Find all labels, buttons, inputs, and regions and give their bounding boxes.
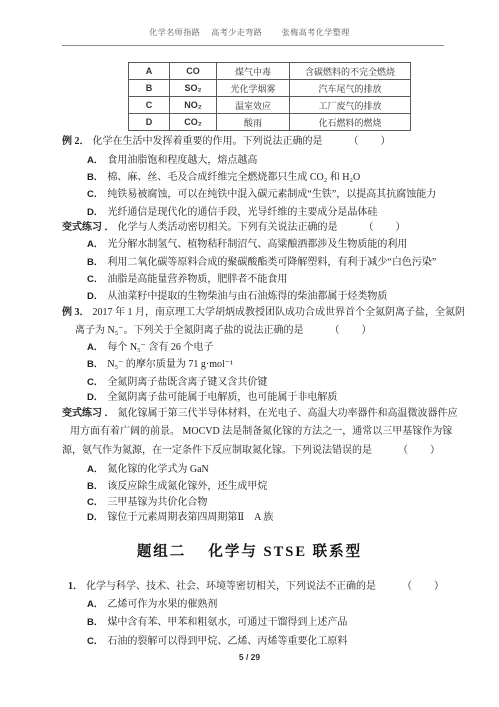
option-text: 氮化镓的化学式为 GaN xyxy=(107,464,208,475)
option-letter: C． xyxy=(87,636,103,647)
table-cell-formula: NO₂ xyxy=(170,97,217,114)
table-cell-letter: A xyxy=(129,63,170,80)
option-text: 全氮阴离子盐可能属于电解质，也可能属于非电解质 xyxy=(107,392,337,403)
example3-option-b: B．N₅⁻ 的摩尔质量为 71 g·mol⁻¹ xyxy=(87,359,233,371)
option-letter: C． xyxy=(87,497,103,508)
q1-option-c: C．石油的裂解可以得到甲烷、乙烯、丙烯等重要化工原料 xyxy=(87,636,347,648)
variant2-option-c: C．三甲基镓为共价化合物 xyxy=(87,497,207,509)
option-text: 光纤通信是现代化的通信手段，光导纤维的主要成分是晶体硅 xyxy=(107,207,377,218)
option-text: 全氮阴离子盐既含离子键又含共价键 xyxy=(107,377,267,388)
table-row: B SO₂ 光化学烟雾 汽车尾气的排放 xyxy=(129,80,411,97)
table-cell-cause: 工厂废气的排放 xyxy=(290,97,411,114)
variant2-label: 变式练习 ． xyxy=(62,408,115,419)
example2-option-a: A．食用油脂饱和程度越大，熔点越高 xyxy=(87,155,257,167)
q1-option-b: B．煤中含有苯、甲苯和粗氨水，可通过干馏得到上述产品 xyxy=(87,617,347,629)
option-letter: B． xyxy=(87,257,103,268)
header-divider xyxy=(62,45,444,46)
option-letter: A． xyxy=(87,342,103,353)
option-text: 纯铁易被腐蚀，可以在纯铁中混入碳元素制成“生铁”，以提高其抗腐蚀能力 xyxy=(107,189,436,200)
variant1-stem: 变式练习 ．化学与人类活动密切相关。下列有关说法正确的是（ ） xyxy=(62,222,412,234)
example2-option-c: C．纯铁易被腐蚀，可以在纯铁中混入碳元素制成“生铁”，以提高其抗腐蚀能力 xyxy=(87,189,436,201)
variant2-stem-line3: 源，氨气作为氮源，在一定条件下反应制取氮化镓。下列说法错误的是（ ） xyxy=(62,445,446,457)
pollutant-table: A CO 煤气中毒 含碳燃料的不完全燃烧 B SO₂ 光化学烟雾 汽车尾气的排放… xyxy=(128,62,411,131)
option-text: 油脂是高能量营养物质，肥胖者不能食用 xyxy=(107,274,287,285)
option-text: 利用二氧化碳等原料合成的聚碳酸酯类可降解塑料，有利于减少“白色污染” xyxy=(107,257,436,268)
option-letter: B． xyxy=(87,359,103,370)
option-text: 三甲基镓为共价化合物 xyxy=(107,497,207,508)
example3-stem-line1: 例 3．2017 年 1 月，南京理工大学胡炳成教授团队成功合成世界首个全氮阴离… xyxy=(62,307,465,319)
variant2-option-a: A．氮化镓的化学式为 GaN xyxy=(87,464,209,476)
table-cell-phenomenon: 光化学烟雾 xyxy=(217,80,290,97)
variant1-option-a: A．光分解水制氢气、植物秸秆制沼气、高粱酿酒都涉及生物质能的利用 xyxy=(87,239,407,251)
table-row: D CO₂ 酸雨 化石燃料的燃烧 xyxy=(129,114,411,131)
variant2-stem-text1: 氮化镓属于第三代半导体材料，在光电子、高温大功率器件和高温微波器件应 xyxy=(118,408,458,419)
option-letter: D． xyxy=(87,512,103,523)
option-text: 食用油脂饱和程度越大，熔点越高 xyxy=(107,155,257,166)
page-number: 5 / 29 xyxy=(0,652,499,662)
variant1-option-b: B．利用二氧化碳等原料合成的聚碳酸酯类可降解塑料，有利于减少“白色污染” xyxy=(87,257,436,269)
table-cell-formula: SO₂ xyxy=(170,80,217,97)
option-text: 从油菜籽中提取的生物柴油与由石油炼得的柴油都属于烃类物质 xyxy=(107,291,387,302)
option-letter: D． xyxy=(87,291,103,302)
variant2-option-d: D．镓位于元素周期表第四周期第Ⅱ A 族 xyxy=(87,512,273,524)
option-text: 光分解水制氢气、植物秸秆制沼气、高粱酿酒都涉及生物质能的利用 xyxy=(107,239,407,250)
table-cell-letter: B xyxy=(129,80,170,97)
answer-blank: （ ） xyxy=(398,445,446,456)
option-letter: A． xyxy=(87,599,103,610)
option-text: 石油的裂解可以得到甲烷、乙烯、丙烯等重要化工原料 xyxy=(107,636,347,647)
example2-option-d: D．光纤通信是现代化的通信手段，光导纤维的主要成分是晶体硅 xyxy=(87,207,377,219)
option-text: 煤中含有苯、甲苯和粗氨水，可通过干馏得到上述产品 xyxy=(107,617,347,628)
option-text: 棉、麻、丝、毛及合成纤维完全燃烧都只生成 CO₂ 和 H₂O xyxy=(107,172,360,183)
answer-blank: （ ） xyxy=(402,581,450,592)
option-letter: C． xyxy=(87,274,103,285)
page-header-text: 化学名师指路 高考少走弯路 张梅高考化学整理 xyxy=(0,27,499,38)
example2-label: 例 2． xyxy=(62,136,90,147)
q1-stem-text: 化学与科学、技术、社会、环境等密切相关，下列说法不正确的是 xyxy=(86,581,376,592)
table-row: A CO 煤气中毒 含碳燃料的不完全燃烧 xyxy=(129,63,411,80)
example3-option-d: D．全氮阴离子盐可能属于电解质，也可能属于非电解质 xyxy=(87,392,337,404)
answer-blank: （ ） xyxy=(330,325,378,336)
example2-option-b: B．棉、麻、丝、毛及合成纤维完全燃烧都只生成 CO₂ 和 H₂O xyxy=(87,172,360,184)
table-cell-phenomenon: 酸雨 xyxy=(217,114,290,131)
q1-label: 1． xyxy=(68,581,83,592)
example2-stem-text: 化学在生活中发挥着重要的作用。下列说法正确的是 xyxy=(93,136,323,147)
option-letter: D． xyxy=(87,392,103,403)
table-cell-cause: 化石燃料的燃烧 xyxy=(290,114,411,131)
option-letter: B． xyxy=(87,481,103,492)
variant2-stem-text3: 源，氨气作为氮源，在一定条件下反应制取氮化镓。下列说法错误的是 xyxy=(62,445,372,456)
answer-blank: （ ） xyxy=(349,136,397,147)
table-cell-formula: CO₂ xyxy=(170,114,217,131)
option-letter: D． xyxy=(87,207,103,218)
table-cell-cause: 含碳燃料的不完全燃烧 xyxy=(290,63,411,80)
table-row: C NO₂ 温室效应 工厂废气的排放 xyxy=(129,97,411,114)
table-cell-phenomenon: 温室效应 xyxy=(217,97,290,114)
section2-heading: 题组二 化学与 STSE 联系型 xyxy=(0,540,499,561)
example3-stem-text1: 2017 年 1 月，南京理工大学胡炳成教授团队成功合成世界首个全氮阴离子盐，全… xyxy=(93,307,466,318)
example3-stem-text2: 离子为 N₅⁻。下列关于全氮阴离子盐的说法正确的是 xyxy=(75,325,304,336)
table-cell-cause: 汽车尾气的排放 xyxy=(290,80,411,97)
option-letter: C． xyxy=(87,189,103,200)
variant2-stem-line1: 变式练习 ．氮化镓属于第三代半导体材料，在光电子、高温大功率器件和高温微波器件应 xyxy=(62,408,458,420)
example2-stem: 例 2．化学在生活中发挥着重要的作用。下列说法正确的是（ ） xyxy=(62,136,397,148)
table-cell-phenomenon: 煤气中毒 xyxy=(217,63,290,80)
variant1-stem-text: 化学与人类活动密切相关。下列有关说法正确的是 xyxy=(118,222,338,233)
option-text: 镓位于元素周期表第四周期第Ⅱ A 族 xyxy=(107,512,273,523)
document-page: 化学名师指路 高考少走弯路 张梅高考化学整理 A CO 煤气中毒 含碳燃料的不完… xyxy=(0,0,499,707)
variant1-label: 变式练习 ． xyxy=(62,222,115,233)
table-cell-letter: D xyxy=(129,114,170,131)
answer-blank: （ ） xyxy=(364,222,412,233)
option-letter: A． xyxy=(87,155,103,166)
example3-option-a: A．每个 N₅⁻ 含有 26 个电子 xyxy=(87,342,213,354)
table-cell-formula: CO xyxy=(170,63,217,80)
option-letter: C． xyxy=(87,377,103,388)
example3-option-c: C．全氮阴离子盐既含离子键又含共价键 xyxy=(87,377,267,389)
option-text: N₅⁻ 的摩尔质量为 71 g·mol⁻¹ xyxy=(107,359,233,370)
q1-option-a: A．乙烯可作为水果的催熟剂 xyxy=(87,599,217,611)
variant2-stem-line2: 用方面有着广阔的前景。 MOCVD 法是制备氮化镓的方法之一，通常以三甲基镓作为… xyxy=(70,426,452,438)
variant1-option-c: C．油脂是高能量营养物质，肥胖者不能食用 xyxy=(87,274,287,286)
option-letter: A． xyxy=(87,239,103,250)
variant2-stem-text2: 用方面有着广阔的前景。 MOCVD 法是制备氮化镓的方法之一，通常以三甲基镓作为… xyxy=(70,426,452,437)
option-text: 该反应除生成氮化镓外，还生成甲烷 xyxy=(107,481,267,492)
variant2-option-b: B．该反应除生成氮化镓外，还生成甲烷 xyxy=(87,481,267,493)
example3-label: 例 3． xyxy=(62,307,90,318)
example3-stem-line2: 离子为 N₅⁻。下列关于全氮阴离子盐的说法正确的是（ ） xyxy=(75,325,378,337)
variant1-option-d: D．从油菜籽中提取的生物柴油与由石油炼得的柴油都属于烃类物质 xyxy=(87,291,387,303)
option-letter: B． xyxy=(87,617,103,628)
table-cell-letter: C xyxy=(129,97,170,114)
option-text: 每个 N₅⁻ 含有 26 个电子 xyxy=(107,342,213,353)
option-letter: B． xyxy=(87,172,103,183)
q1-stem: 1．化学与科学、技术、社会、环境等密切相关，下列说法不正确的是（ ） xyxy=(68,581,450,593)
option-text: 乙烯可作为水果的催熟剂 xyxy=(107,599,217,610)
option-letter: A． xyxy=(87,464,103,475)
